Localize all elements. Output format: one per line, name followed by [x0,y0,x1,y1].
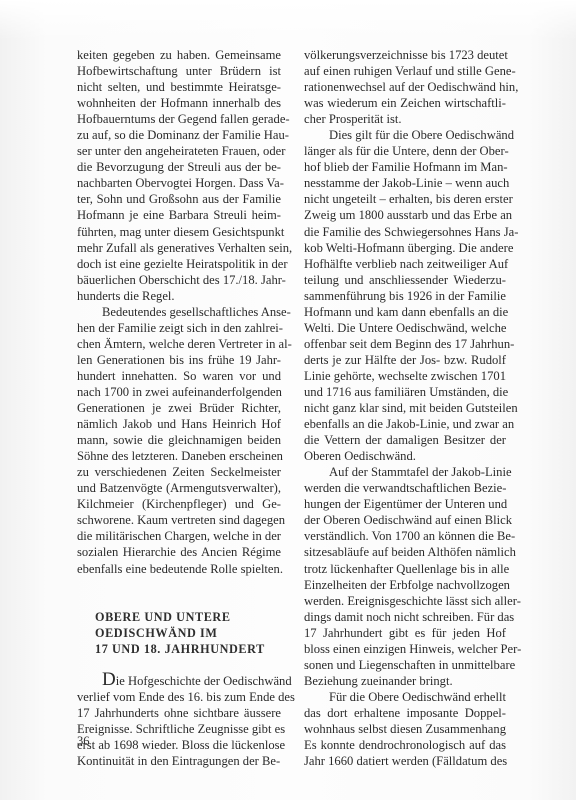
paragraph-1: völkerungsverzeichnisse bis 1723 deuteta… [304,47,506,127]
text-line: Söhne des letzteren. Daneben erscheinen [77,448,281,464]
text-line: Hofbewirtschaftung unter Brüdern ist [77,63,281,79]
text-line: ebenfalls an die Jakob-Linie, und zwar a… [304,416,506,432]
text-line: dings damit noch nicht schreiben. Für da… [304,609,506,625]
text-line: erst ab 1698 wieder. Bloss die lückenlos… [77,737,281,753]
page-number: 36 [77,734,90,749]
text-line: kob Welti-Hofmann überging. Die andere [304,240,506,256]
page-shading [0,0,576,40]
text-line: offenbar seit dem Beginn des 17 Jahrhun- [304,336,506,352]
text-line: nesstamme der Jakob-Linie – wenn auch [304,175,506,191]
text-line: nachbarten Obervogtei Horgen. Dass Va- [77,175,281,191]
text-line: teilung und anschliessender Wiederzu- [304,272,506,288]
text-line: sammenführung bis 1926 in der Familie [304,288,506,304]
text-line: Es konnte dendrochronologisch auf das [304,737,506,753]
text-line: nicht selten, und bestimmte Heiratsge- [77,79,281,95]
paragraph-1: keiten gegeben zu haben. GemeinsameHofbe… [77,47,281,304]
text-line: länger als für die Untere, denn der Ober… [304,143,506,159]
text-line: Auf der Stammtafel der Jakob-Linie [304,464,506,480]
text-line: Einzelheiten der Erbfolge nachvollzogen [304,577,506,593]
text-line: die Bevorzugung der Streuli aus der be- [77,159,281,175]
paragraph-2: Dies gilt für die Obere Oedischwändlänge… [304,127,506,464]
text-line: Die Hofgeschichte der Oedischwänd [77,673,281,689]
drop-cap: D [102,669,116,690]
text-line: auf einen ruhigen Verlauf und stille Gen… [304,63,506,79]
text-line: ter, Sohn und Großsohn aus der Familie [77,191,281,207]
text-line: Dies gilt für die Obere Oedischwänd [304,127,506,143]
text-line: Linie gehörte, wechselte zwischen 1701 [304,368,506,384]
paragraph-2: Bedeutendes gesellschaftliches Anse-hen … [77,304,281,577]
text-line: rationenwechsel auf der Oedischwänd hin, [304,79,506,95]
text-line: hundert innehatten. So waren vor und [77,368,281,384]
paragraph-3: Auf der Stammtafel der Jakob-Liniewerden… [304,464,506,689]
text-line: 17 Jahrhundert gibt es für jeden Hof [304,625,506,641]
text-line: Hofmann und kam dann ebenfalls an die [304,304,506,320]
text-line: Welti. Die Untere Oedischwänd, welche [304,320,506,336]
text-line: Ereignisse. Schriftliche Zeugnisse gibt … [77,721,281,737]
text-line: die militärischen Chargen, welche in der [77,528,281,544]
text-line: bloss einen einzigen Hinweis, welcher Pe… [304,641,506,657]
text-line: der Oberen Oedischwänd auf einen Blick [304,512,506,528]
text-line: trotz lückenhafter Quellenlage bis in al… [304,561,506,577]
text-line: was wiederum ein Zeichen wirtschaftli- [304,95,506,111]
paragraph-3: Die Hofgeschichte der Oedischwändverlief… [77,673,281,769]
text-line: chen Ämtern, welche deren Vertreter in a… [77,336,281,352]
text-line: mehr Zufall als generatives Verhalten se… [77,240,281,256]
text-line: sitzesabläufe auf beiden Althöfen nämlic… [304,544,506,560]
text-line: und 1716 aus familiären Umständen, die [304,384,506,400]
text-line: sonen und Liegenschaften in unmittelbare [304,657,506,673]
text-line: doch ist eine gezielte Heiratspolitik in… [77,256,281,272]
text-line: Zweig um 1800 ausstarb und das Erbe an [304,207,506,223]
text-line: nicht ungeteilt – erhalten, bis deren er… [304,191,506,207]
text-line: Bedeutendes gesellschaftliches Anse- [77,304,281,320]
text-line: und Batzenvögte (Armengutsverwalter), [77,480,281,496]
text-line: Jahr 1660 datiert werden (Fälldatum des [304,753,506,769]
text-line: verständlich. Von 1700 an können die Be- [304,528,506,544]
text-line: die Familie des Schwiegersohnes Hans Ja- [304,224,506,240]
text-line: Beziehung zueinander bringt. [304,673,506,689]
text-line: zu auf, so die Dominanz der Familie Hau- [77,127,281,143]
text-line: ebenfalls eine bedeutende Rolle spielten… [77,561,281,577]
text-line: ser unter den angeheirateten Frauen, ode… [77,143,281,159]
text-line: Oberen Oedischwänd. [304,448,506,464]
right-column: völkerungsverzeichnisse bis 1723 deuteta… [304,47,506,769]
left-column: keiten gegeben zu haben. GemeinsameHofbe… [77,47,281,769]
text-line: cher Prosperität ist. [304,111,506,127]
paragraph-4: Für die Obere Oedischwänd erhelltdas dor… [304,689,506,769]
text-line: derts je zur Hälfte der Jos- bzw. Rudolf [304,352,506,368]
text-run: ie Hofgeschichte der Oedischwänd [116,674,292,688]
text-line: hen der Familie zeigt sich in den zahlre… [77,320,281,336]
text-line: verlief vom Ende des 16. bis zum Ende de… [77,689,281,705]
spacer [77,577,281,593]
heading-line: 17 UND 18. JAHRHUNDERT [77,641,281,657]
text-line: Kilchmeier (Kirchenpfleger) und Ge- [77,496,281,512]
text-line: Generationen je zwei Brüder Richter, [77,400,281,416]
text-line: hunderts die Regel. [77,288,281,304]
heading-line: OEDISCHWÄND IM [77,625,281,641]
section-heading: OBERE UND UNTEREOEDISCHWÄND IM17 UND 18.… [77,609,281,658]
text-line: 17 Jahrhunderts ohne sichtbare äussere [77,705,281,721]
text-line: bäuerlichen Oberschicht des 17./18. Jahr… [77,272,281,288]
text-line: die Vettern der damaligen Besitzer der [304,432,506,448]
text-line: wohnhaus selbst diesen Zusammenhang [304,721,506,737]
text-line: sozialen Hierarchie des Ancien Régime [77,544,281,560]
text-line: schworene. Kaum vertreten sind dagegen [77,512,281,528]
text-line: Hofbauerntums der Gegend fallen gerade- [77,111,281,127]
text-line: werden. Ereignisgeschichte lässt sich al… [304,593,506,609]
text-line: len Generationen bis ins frühe 19 Jahr- [77,352,281,368]
text-line: Hofhälfte verblieb nach zeitweiliger Auf [304,256,506,272]
text-line: keiten gegeben zu haben. Gemeinsame [77,47,281,63]
text-line: Für die Obere Oedischwänd erhellt [304,689,506,705]
text-line: Kontinuität in den Eintragungen der Be- [77,753,281,769]
text-line: werden die verwandtschaftlichen Bezie- [304,480,506,496]
text-line: zu verschiedenen Zeiten Seckelmeister [77,464,281,480]
text-line: hungen der Eigentümer der Unteren und [304,496,506,512]
text-line: völkerungsverzeichnisse bis 1723 deutet [304,47,506,63]
text-line: hof blieb der Familie Hofmann im Man- [304,159,506,175]
text-line: nicht ganz klar sind, mit beiden Gutstei… [304,400,506,416]
text-line: das dort erhaltene imposante Doppel- [304,705,506,721]
text-line: nämlich Jakob und Hans Heinrich Hof [77,416,281,432]
text-line: wohnheiten der Hofmann innerhalb des [77,95,281,111]
spacer [77,593,281,609]
text-line: nach 1700 in zwei aufeinanderfolgenden [77,384,281,400]
heading-line: OBERE UND UNTERE [77,609,281,625]
text-line: führten, mag unter diesem Gesichtspunkt [77,224,281,240]
text-line: Hofmann je eine Barbara Streuli heim- [77,207,281,223]
text-line: mann, sowie die gleichnamigen beiden [77,432,281,448]
